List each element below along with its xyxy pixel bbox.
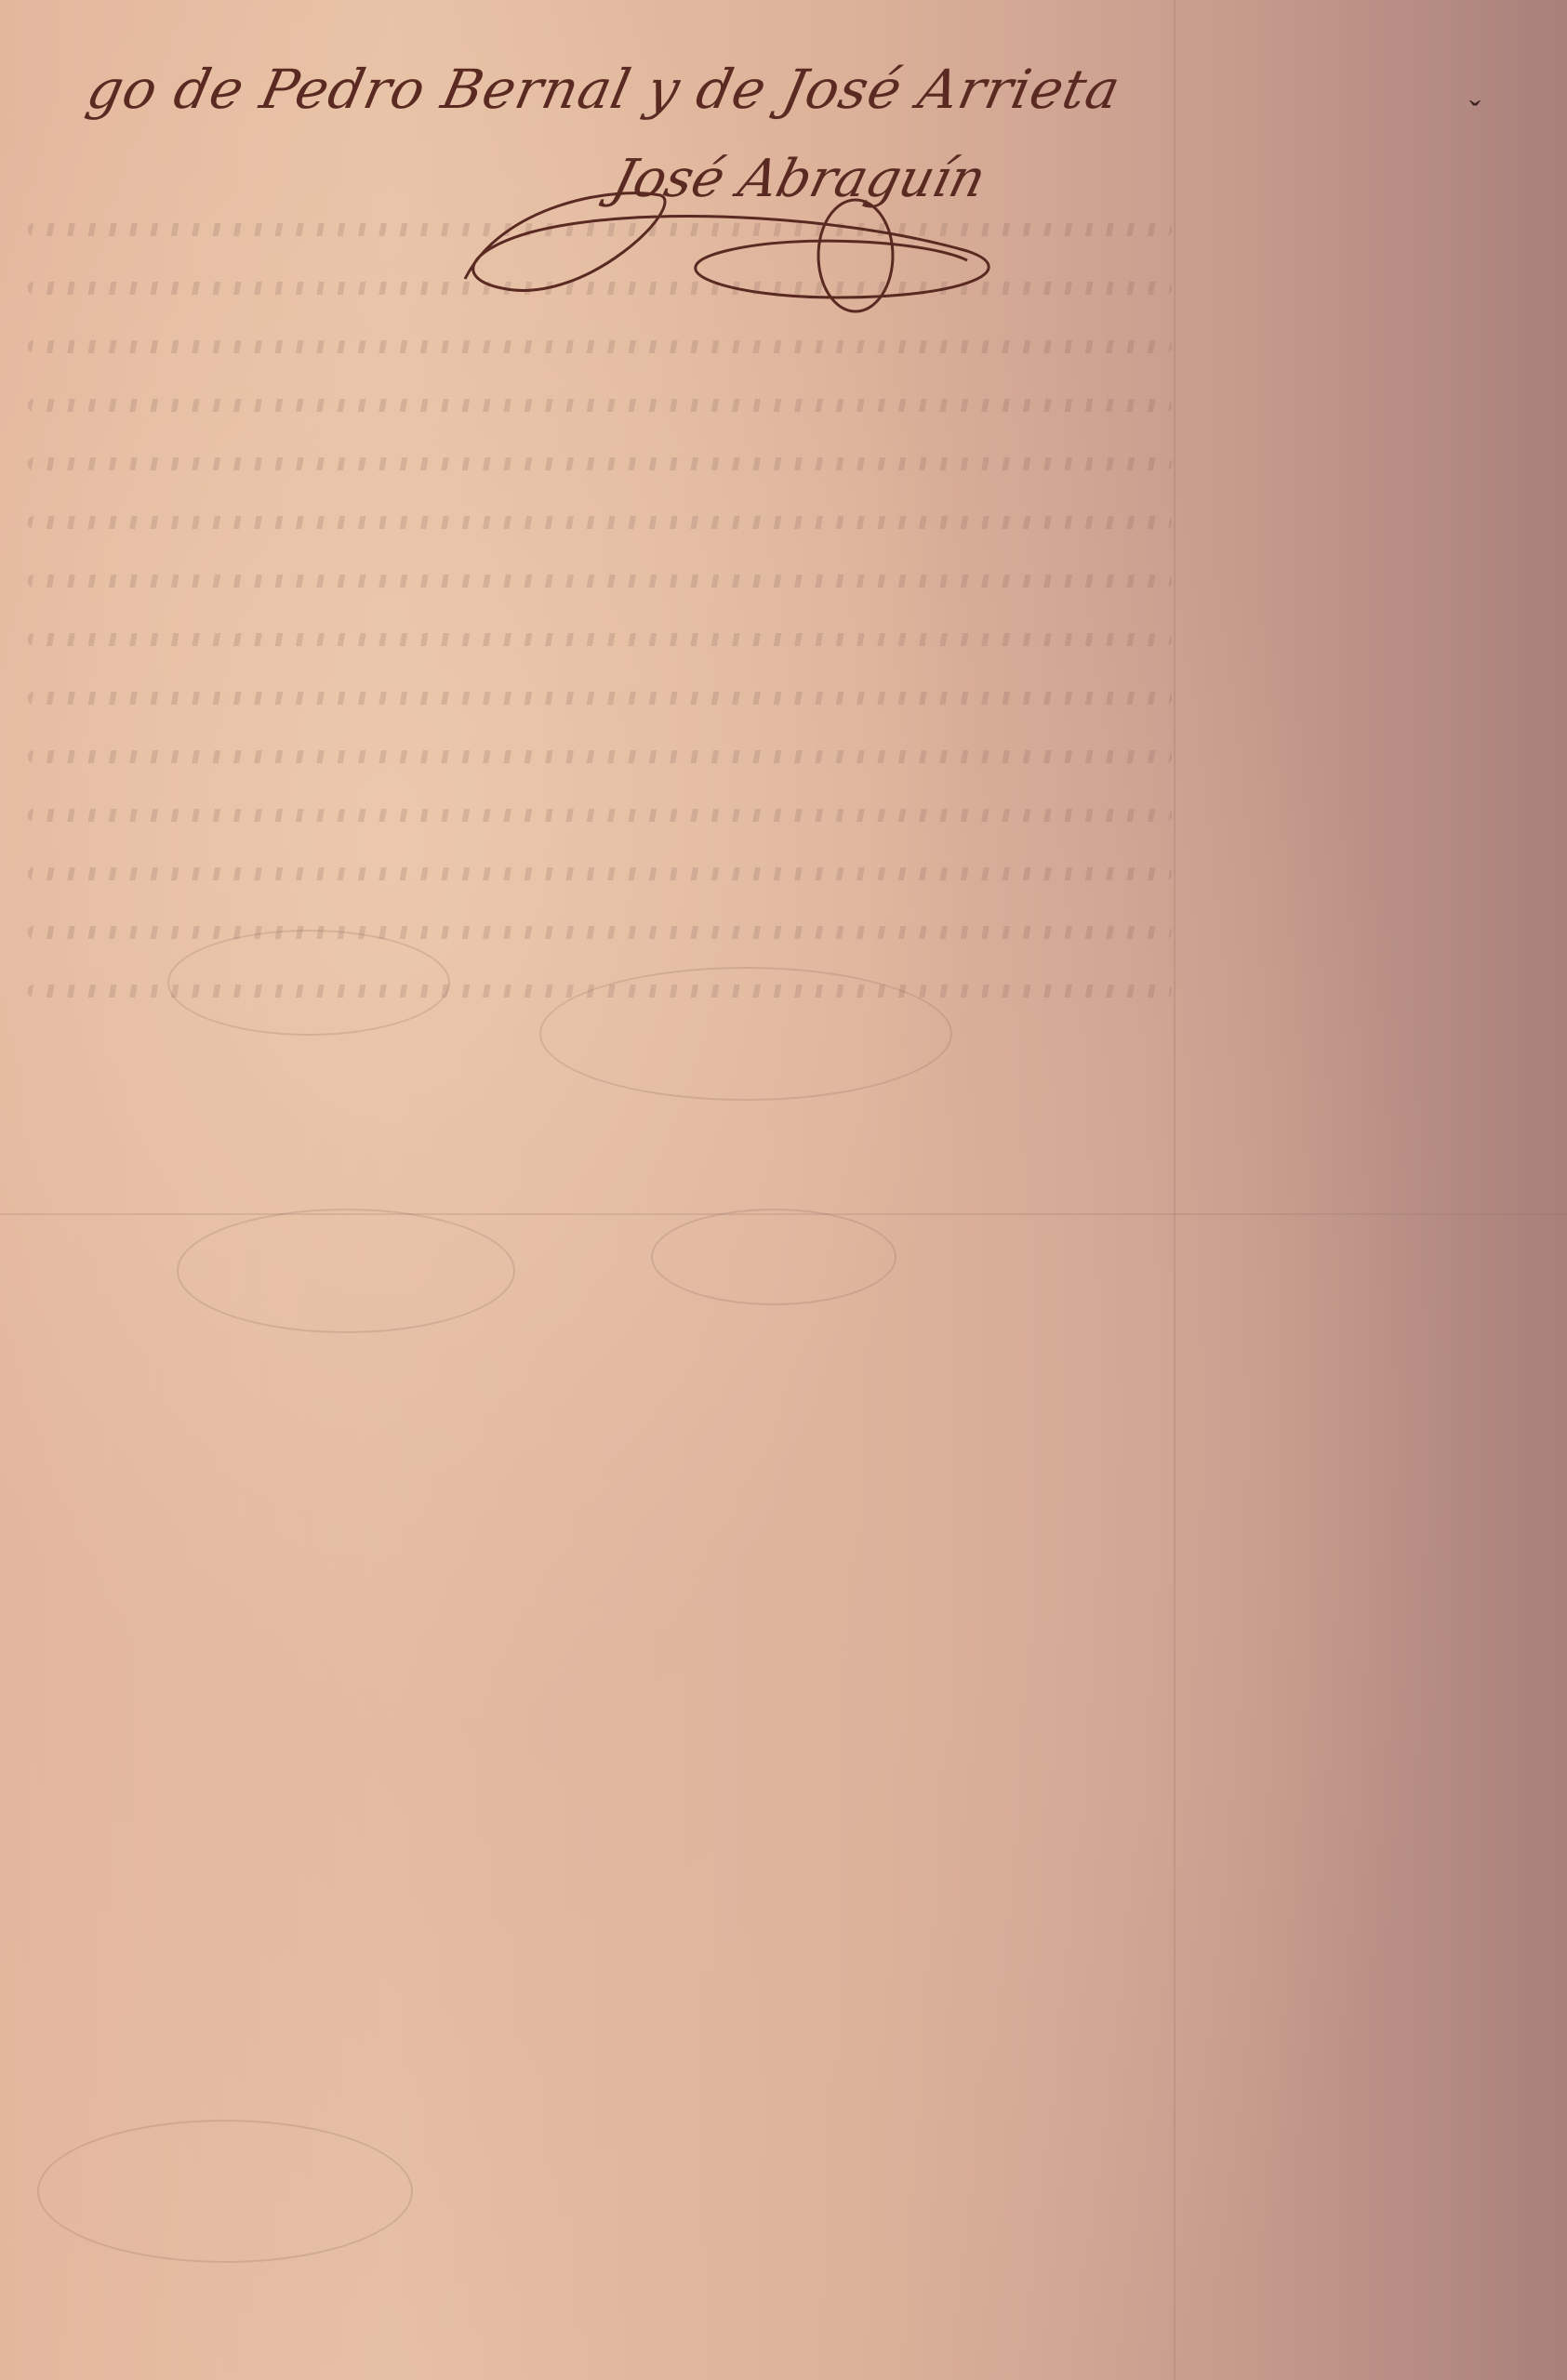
corner-tear-mark: ˇ xyxy=(1469,93,1481,132)
ghost-line xyxy=(28,399,1172,412)
ghost-line xyxy=(28,867,1172,880)
ghost-line xyxy=(28,633,1172,646)
ghost-signature-flourish xyxy=(167,930,450,1036)
bleed-through-text xyxy=(28,223,1172,1043)
ghost-line xyxy=(28,457,1172,470)
handwritten-line: go de Pedro Bernal y de José Arrieta xyxy=(82,58,1126,121)
manuscript-page: go de Pedro Bernal y de José Arrieta Jos… xyxy=(0,0,1567,2380)
ghost-line xyxy=(28,575,1172,588)
ghost-line xyxy=(28,340,1172,353)
ghost-line xyxy=(28,692,1172,705)
ghost-signature-flourish xyxy=(37,2120,413,2263)
ghost-line xyxy=(28,809,1172,822)
ghost-line xyxy=(28,516,1172,529)
ghost-signature-flourish xyxy=(651,1209,896,1305)
ghost-line xyxy=(28,926,1172,939)
ghost-line xyxy=(28,750,1172,763)
vertical-fold-line xyxy=(1174,0,1175,2380)
ghost-signature-flourish xyxy=(539,967,952,1101)
ghost-signature-flourish xyxy=(177,1209,515,1333)
signature: José Abraguín xyxy=(606,149,991,209)
